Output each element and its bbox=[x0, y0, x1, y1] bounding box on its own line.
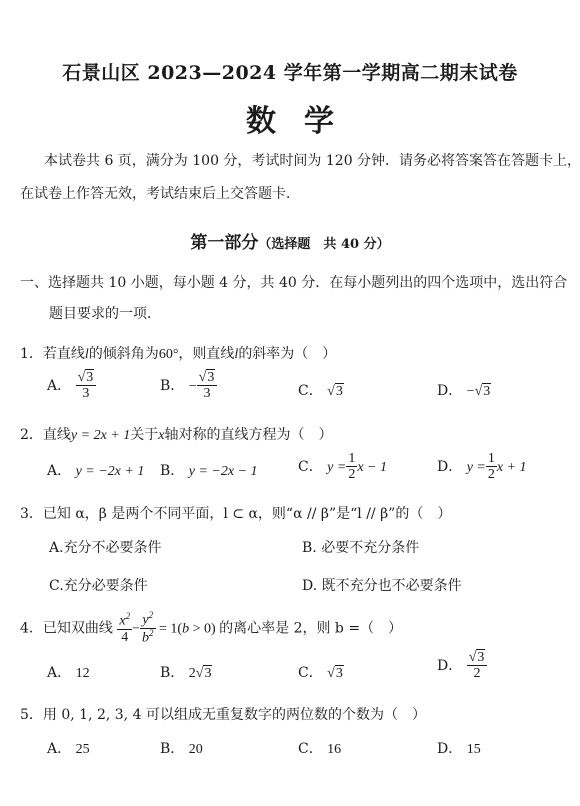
question-2-option-b: B． y = −2x − 1 bbox=[160, 460, 258, 480]
question-3-option-b: B. 必要不充分条件 bbox=[302, 537, 419, 557]
part-subtitle: （选择题 共 40 分） bbox=[258, 237, 389, 252]
option-value: √33 bbox=[76, 370, 97, 402]
question-5-option-b: B． 20 bbox=[160, 738, 203, 758]
question-3-option-c: C.充分必要条件 bbox=[49, 575, 148, 595]
part-heading: 第一部分（选择题 共 40 分） bbox=[0, 228, 580, 253]
question-4-option-b: B． 2√3 bbox=[160, 662, 212, 682]
question-2-stem: 2．直线y = 2x + 1关于x轴对称的直线方程为（ ） bbox=[20, 424, 332, 444]
question-1-stem: 1．若直线l的倾斜角为60°，则直线l的斜率为（ ） bbox=[20, 343, 336, 363]
question-1-option-d: D． −√3 bbox=[437, 380, 491, 400]
question-5-option-c: C． 16 bbox=[298, 738, 341, 758]
question-3-option-a: A.充分不必要条件 bbox=[49, 537, 162, 557]
question-4-option-c: C． √3 bbox=[298, 662, 344, 682]
intro-line-1: 本试卷共 6 页，满分为 100 分，考试时间为 120 分钟．请务必将答案答在… bbox=[44, 150, 580, 170]
part-title: 第一部分 bbox=[190, 233, 258, 253]
option-value: √3 bbox=[327, 383, 344, 399]
question-5-option-d: D． 15 bbox=[437, 738, 481, 758]
option-value: √33 bbox=[197, 370, 218, 402]
option-value: −√3 bbox=[467, 383, 492, 399]
question-1-option-a: A． √33 bbox=[47, 370, 96, 402]
exam-title: 石景山区 2023—2024 学年第一学期高二期末试卷 bbox=[0, 58, 580, 85]
question-3-option-d: D. 既不充分也不必要条件 bbox=[302, 575, 462, 595]
question-4-stem: 4．已知双曲线 x24−y2b2 = 1(b > 0) 的离心率是 2，则 b … bbox=[20, 611, 402, 646]
question-1-option-b: B． −√33 bbox=[160, 370, 217, 402]
question-5-stem: 5．用 0, 1, 2, 3, 4 可以组成无重复数字的两位数的个数为（ ） bbox=[20, 704, 426, 724]
question-4-option-d: D． √32 bbox=[437, 650, 487, 682]
question-2-option-a: A． y = −2x + 1 bbox=[47, 460, 144, 480]
question-1-option-c: C． √3 bbox=[298, 380, 344, 400]
question-2-option-c: C． y =12x − 1 bbox=[298, 451, 387, 483]
question-4-option-a: A． 12 bbox=[47, 662, 90, 682]
section-instructions-line-2: 题目要求的一项． bbox=[49, 303, 161, 323]
question-2-option-d: D． y =12x + 1 bbox=[437, 451, 527, 483]
intro-line-2: 在试卷上作答无效，考试结束后上交答题卡． bbox=[20, 183, 300, 203]
question-3-stem: 3．已知 α，β 是两个不同平面，l ⊂ α，则“α // β”是“l // β… bbox=[20, 503, 451, 523]
subject-title: 数学 bbox=[0, 96, 580, 140]
question-5-option-a: A． 25 bbox=[47, 738, 90, 758]
section-instructions-line-1: 一、选择题共 10 小题，每小题 4 分，共 40 分．在每小题列出的四个选项中… bbox=[20, 272, 567, 292]
